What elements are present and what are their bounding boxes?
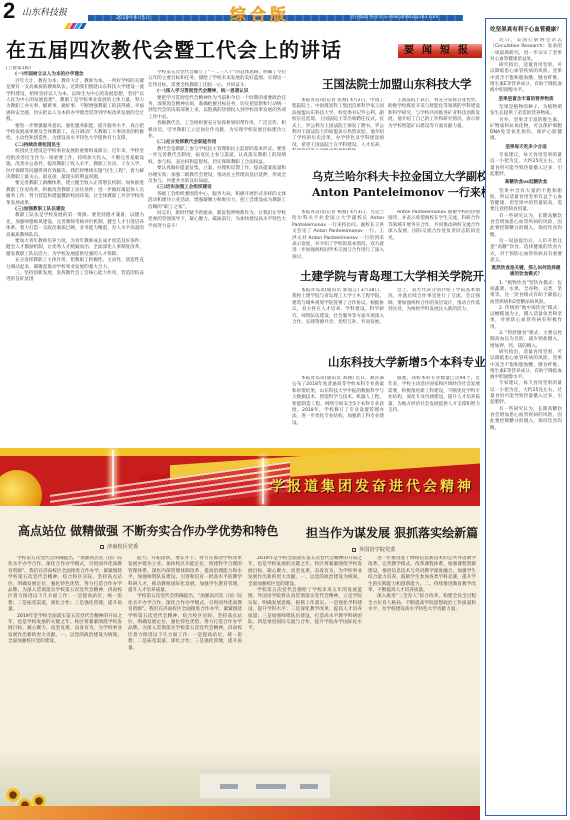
paragraph: 3. “得舒膳食”模式：主要以控制高血压为目的，减少钠盐摄入，增加钾、钙、镁的摄… (490, 331, 562, 350)
brief-4-col1: 本报青岛讯(通讯员 刘涵) 近日，教育部公布了2018年度普通高等学校本科专业备… (292, 376, 384, 438)
special-2-col2: 进一步推进基于网络信息新技术的公共外语教学改革，完善教学模式，改革课程体系，加强… (368, 556, 476, 754)
paragraph: 百年大计，教育为本；教育大计，教师为本。一所好学校的关键是要有一支高素质的教师队… (6, 79, 144, 124)
subheading: 高糖饮食vs低糖饮食 (490, 180, 562, 186)
paragraph: 充分发挥教职工主体作用，把教职工积极性、主动性、创造性充分调动起来，凝聚起推动学… (6, 258, 144, 271)
paragraph: 2019年是学校全面落实第五次党代会精神的开局之年，也是学校发展的关键之年。校区… (8, 614, 122, 646)
brief-2-col2: Anton Panteleimonov 感谢学校的热情接待，并表示希望两校在学生… (388, 210, 480, 260)
paragraph: 要加大青年教师培养力度，为青年教师成长成才创造良好条件；健全人才激励机制，让优秀… (6, 239, 144, 258)
issue-date: 2019年4月5日 (116, 15, 150, 21)
special-section: 学报道集团发奋进代会精神 高点站位 做精做强 不断夯实合作办学优势和特色 济南校… (0, 448, 480, 820)
paragraph: 要进一步增强服务意识，强化服务职能，提升服务水平，真正把学校发展成果惠及全体教职… (6, 124, 144, 143)
paragraph: 坚果是植物的种子，为植物萌发生长提供了必需的营养物质。 (490, 105, 562, 118)
subheading: 坚果里富含丰富的营养物质 (490, 97, 562, 103)
footer-color-band (0, 806, 480, 820)
brief-2-col1: 本报青岛讯(记者 杨燕) 4月3日，乌克兰哈尔科夫卡拉金国立大学副校长 Anto… (292, 210, 384, 260)
brief-3-col2: 会上，双方代表分别介绍了学院基本情况，并就后续合作事宜进行了交流。会议强调，要加… (388, 288, 480, 338)
paragraph: 坚果中含有大量的不饱和脂肪，所以适量食用坚果有益于心血管健康，但坚果中的热量较高… (490, 189, 562, 214)
byline-text: 济南校区党委 (107, 544, 138, 550)
paragraph: 2019年是学校全面落实第五次党代会精神的开局之年，也是学校发展的关键之年。校区… (248, 556, 362, 588)
paragraph: 学校第五次党代会明确提出，“加强高层次（国）际化水平办学合作，深化合作办学模式，… (128, 594, 242, 652)
subheading: 坚果每天吃多少合适 (490, 145, 562, 151)
paragraph: 教代会是教职工参与学校民主管理和民主监督的基本形式。要进一步完善教代会制度，拓宽… (148, 147, 286, 166)
paragraph: 各级教代会、工会组织要充分发挥桥梁纽带作用，广泛宣传、积极动员，引导教职工立足岗… (148, 121, 286, 140)
paragraph: 学校第五次党代会描绘了学校未来五年的发展蓝图，外国语学院将认真贯彻落实党代会精神… (248, 588, 362, 633)
paragraph: 要把学习贯彻党代会精神作为当前和今后一个时期的重要政治任务，深刻领会精神实质，准… (148, 96, 286, 122)
paragraph: 本报青岛讯(记者 张燕) 4月2日，中国工程院院士、中国煤炭科工集团首席科学家王… (292, 98, 384, 150)
sidebar-body: 近日，美国心脏协会杂志（Circulation Research）发表的一项最新… (490, 38, 562, 808)
brief-title-1: 王国法院士加盟山东科技大学 (322, 76, 472, 92)
paragraph: 学校第五次党代会确立了“一二三八十”的总体思路，明确了今后五年的主要目标和任务，… (148, 70, 286, 89)
color-stripes-icon (66, 14, 90, 20)
sidebar-title: 吃坚果真有利于心血管健康？ (490, 26, 562, 34)
byline-2: 外国语学院党委 (352, 546, 395, 553)
section-name: 综合版 (230, 2, 290, 25)
paragraph: 进一步推进基于网络信息新技术的公共外语教学改革，完善教学模式，改革课程体系，加强… (368, 556, 476, 594)
paragraph: 有一些研究认为，长期高糖饮食会增加患心血管疾病的风险，因此要控制糖分的摄入，保持… (490, 407, 562, 432)
special-1-col2: 能力、开拓创新，增长才干，努力在推动学校改革发展中建功立业。加快校区功能定位，构… (128, 556, 242, 754)
paragraph: 同志们，新时代赋予新使命，新征程呼唤新作为。让我们在学校党委的坚强领导下，凝心聚… (148, 211, 286, 230)
paragraph: 会上，双方代表分别介绍了学院基本情况，并就后续合作事宜进行了交流。会议强调，要加… (388, 288, 480, 314)
paragraph: 要认真做好提案征集、立案、办理和反馈工作，提高提案质量和办理实效；加强二级教代会… (148, 166, 286, 185)
party-emblem-icon (0, 470, 42, 506)
special-1-col1: 学校第五次党代会明确提出，“加强高层次（国）际化水平办学合作，深化合作办学模式，… (8, 556, 122, 754)
byline-1: 济南校区党委 (100, 543, 138, 550)
paragraph: Anton Panteleimonov 感谢学校的热情接待，并表示希望两校在学生… (388, 210, 480, 242)
brief-1-col1: 本报青岛讯(记者 张燕) 4月2日，中国工程院院士、中国煤炭科工集团首席科学家王… (292, 98, 384, 150)
sunflower-icon (6, 788, 20, 802)
paragraph: 另外，坚果含丰富的维生素、矿物质和抗氧化物，可以保护细胞DNA免受氧化损伤，保护… (490, 118, 562, 143)
paragraph: 校园民生建设是学校事业发展的重要组成部分。近年来，学校坚持把改善民生作为一项重要… (6, 149, 144, 181)
paragraph: 2. 传统的“地中海饮食”模式：以橄榄油为主，摄入适量鱼类和坚果，对预防心血管疾… (490, 306, 562, 331)
special-headline-1: 高点站位 做精做强 不断夯实合作办学优势和特色 (18, 522, 278, 539)
campus-building-image (200, 770, 330, 798)
paragraph: 本报青岛讯(通讯员 刘涵) 近日，教育部公布了2018年度普通高等学校本科专业备… (292, 376, 384, 427)
editor-line: 责任编辑 杨永军 E-mail:qhh02@163.com (350, 15, 438, 21)
paragraph: 这一说法提出后，人们开始注意“高糖”饮食。选择健康的饮食方式，对于预防心血管疾病… (490, 239, 562, 264)
special-1-col3: 2019年是学校全面落实第五次党代会精神的开局之年，也是学校发展的关键之年。校区… (248, 556, 362, 754)
paper-name-logo: 山东科技报 (22, 5, 67, 18)
paragraph: 教职工队伍是学校发展的第一资源。要坚持德才兼备，以德为先，加强师德师风建设，完善… (6, 213, 144, 239)
subheading: 既然饮食是关键，那么如何选择健康的饮食模式？ (490, 266, 562, 279)
paragraph: 专家建议，每天食用坚果的量以一小把为宜，大约25克左右。过量食用可能导致热量摄入… (490, 153, 562, 178)
paragraph: 据悉，我校本科专业数量已达94个。近年来，学校主动适应国家和区域经济社会发展需要… (388, 376, 480, 414)
paragraph: 1. “植物饮食”型饮食模式：包括蔬菜、水果、全谷物、豆类、坚果等，这一饮食模式… (490, 281, 562, 306)
lead-headline: 在五届四次教代会暨工代会上的讲话 (6, 34, 342, 63)
subheading: 三、坚持创新发展，发挥教代会工会核心能力作用，营造团结奋进的良好氛围 (6, 271, 144, 284)
paragraph: 深入推进“三全育人”综合改革，构建全员全过程全方位育人格局，不断提高学院思想政治… (368, 594, 476, 613)
square-bullet-icon (100, 545, 104, 549)
brief-1-col2: 王国法院士表示，将充分发挥自身优势，助推学校煤炭开采与智能化等领域的学科建设和科… (388, 98, 480, 150)
lead-article-col2: 学校第五次党代会确立了“一二三八十”的总体思路，明确了今后五年的主要目标和任务，… (148, 70, 286, 438)
news-brief-banner: 要闻短报 (398, 44, 482, 58)
square-bullet-icon (352, 548, 356, 552)
light-flare-icon (262, 458, 264, 504)
banner-slogan: 学报道集团发奋进代会精神 (270, 476, 474, 496)
lead-article-col1: (上接第1版) (一)牢固树立以人为本的办学理念 百年大计，教育为本；教育大计，… (6, 66, 144, 438)
page-number: 2 (3, 0, 15, 22)
paragraph: 要完善教职工薪酬体系，建立健全收入正常增长机制；加快推进教职工住房改革，积极改善… (6, 181, 144, 207)
brief-title-4: 山东科技大学新增5个本科专业 (328, 354, 486, 370)
byline-text: 外国语学院党委 (359, 547, 395, 553)
special-headline-2: 担当作为谋发展 狠抓落实绘新篇 (306, 524, 478, 541)
paragraph: 本报青岛讯(通讯员 郭成言) 3月28日，我校土建学院与青岛理工大学土木工程学院… (292, 288, 384, 326)
brief-3-col1: 本报青岛讯(通讯员 郭成言) 3月28日，我校土建学院与青岛理工大学土木工程学院… (292, 288, 384, 338)
paragraph: 研究指出，适量食用坚果，可以降低患心血管疾病的风险。坚果中富含不饱和脂肪酸、膳食… (490, 63, 562, 94)
paragraph: 研究指出，适量食用坚果，可以降低患心血管疾病的风险。坚果中富含不饱和脂肪酸、膳食… (490, 350, 562, 381)
sidebar-health-column: 吃坚果真有利于心血管健康？ 近日，美国心脏协会杂志（Circulation Re… (485, 18, 567, 816)
light-flare-icon (112, 450, 114, 496)
brief-4-col2: 据悉，我校本科专业数量已达94个。近年来，学校主动适应国家和区域经济社会发展需要… (388, 376, 480, 438)
brief-title-2-line2: Anton Panteleimonov 一行来校访问 (312, 184, 514, 200)
paragraph: 各级工会组织要围绕中心、服务大局，积极开展形式多样的文体活动和建功立业活动，增强… (148, 192, 286, 211)
paragraph: 本报青岛讯(记者 杨燕) 4月3日，乌克兰哈尔科夫卡拉金国立大学副校长 Anto… (292, 210, 384, 260)
paragraph: 有一些研究认为，长期高糖饮食会增加患心血管疾病的风险，因此要控制糖分的摄入，保持… (490, 214, 562, 239)
brief-title-2-line1: 乌克兰哈尔科夫卡拉金国立大学副校长 (312, 168, 499, 184)
paragraph: 能力、开拓创新，增长才干，努力在推动学校改革发展中建功立业。加快校区功能定位，构… (128, 556, 242, 594)
paragraph: 专家建议，每天食用坚果的量以一小把为宜，大约25克左右。过量食用可能导致热量摄入… (490, 381, 562, 406)
paragraph: 学校第五次党代会明确提出，“加强高层次（国）际化水平办学合作，深化合作办学模式，… (8, 556, 122, 614)
party-congress-banner: 学报道集团发奋进代会精神 (0, 448, 480, 506)
paragraph: 王国法院士表示，将充分发挥自身优势，助推学校煤炭开采与智能化等领域的学科建设和科… (388, 98, 480, 130)
paragraph: 近日，美国心脏协会杂志（Circulation Research）发表的一项最新… (490, 38, 562, 63)
